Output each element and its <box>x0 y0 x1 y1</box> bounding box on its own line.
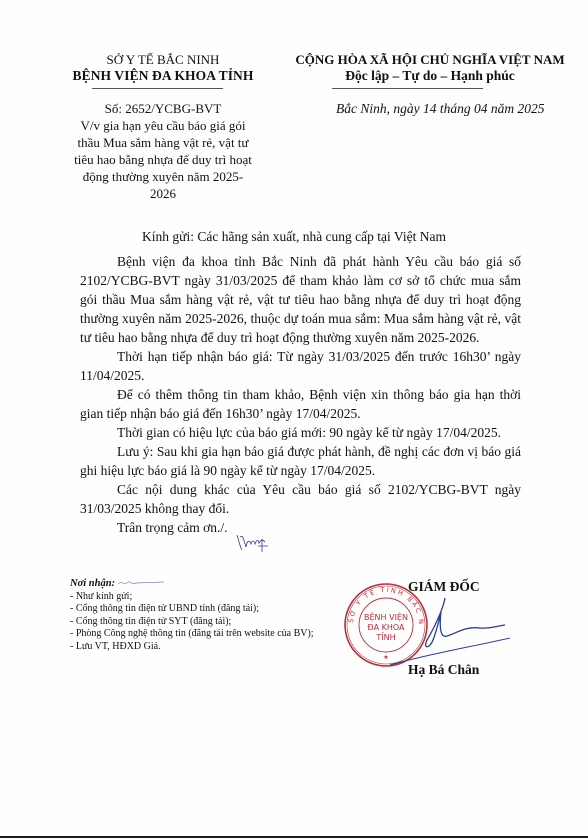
body-paragraph: Thời hạn tiếp nhận báo giá: Từ ngày 31/0… <box>80 347 521 385</box>
recipient-item: - Như kính gửi; <box>70 591 314 604</box>
header-left-underline <box>92 88 223 89</box>
recipient-item: - Cổng thông tin điện tử UBND tỉnh (đăng… <box>70 603 314 616</box>
document-subject: V/v gia hạn yêu cầu báo giá gói thầu Mua… <box>60 117 266 202</box>
closing-line: Trân trọng cảm ơn./. <box>80 518 521 537</box>
recipient-item: - Cổng thông tin điện tử SYT (đăng tải); <box>70 616 314 629</box>
subject-line: tiêu hao bằng nhựa để duy trì hoạt <box>60 151 266 168</box>
subject-line: thầu Mua sắm hàng vật rẻ, vật tư <box>60 134 266 151</box>
body-paragraph: Bệnh viện đa khoa tỉnh Bắc Ninh đã phát … <box>80 252 521 347</box>
recipients-block: Nơi nhận: - Như kính gửi; - Cổng thông t… <box>70 578 314 653</box>
initials-mark <box>234 531 272 553</box>
body-paragraph: Các nội dung khác của Yêu cầu báo giá số… <box>80 480 521 518</box>
header-right: CỘNG HÒA XÃ HỘI CHỦ NGHĨA VIỆT NAM Độc l… <box>280 52 580 84</box>
subject-line: 2026 <box>60 185 266 202</box>
addressee: Kính gửi: Các hãng sản xuất, nhà cung cấ… <box>0 228 588 246</box>
signer-name: Hạ Bá Chân <box>408 661 479 678</box>
body-paragraph: Thời gian có hiệu lực của báo giá mới: 9… <box>80 423 521 442</box>
signature <box>385 590 535 670</box>
header-right-underline <box>332 88 483 89</box>
recipients-title: Nơi nhận: <box>70 578 314 591</box>
place-date: Bắc Ninh, ngày 14 tháng 04 năm 2025 <box>336 100 545 117</box>
recipient-item: - Lưu VT, HĐXD Giá. <box>70 641 314 654</box>
country-name: CỘNG HÒA XÃ HỘI CHỦ NGHĨA VIỆT NAM <box>280 52 580 68</box>
national-motto: Độc lập – Tự do – Hạnh phúc <box>280 68 580 84</box>
document-number: Số: 2652/YCBG-BVT <box>60 100 266 117</box>
body-paragraph: Để có thêm thông tin tham khảo, Bệnh việ… <box>80 385 521 423</box>
organization-name: BỆNH VIỆN ĐA KHOA TỈNH <box>60 68 266 84</box>
body-paragraph: Lưu ý: Sau khi gia hạn báo giá được phát… <box>80 442 521 480</box>
subject-line: động thường xuyên năm 2025- <box>60 168 266 185</box>
agency-name: SỞ Y TẾ BẮC NINH <box>60 52 266 68</box>
subject-line: V/v gia hạn yêu cầu báo giá gói <box>60 117 266 134</box>
recipients-initial-mark <box>116 578 166 588</box>
header-left: SỞ Y TẾ BẮC NINH BỆNH VIỆN ĐA KHOA TỈNH <box>60 52 266 84</box>
recipient-item: - Phòng Công nghệ thông tin (đăng tải tr… <box>70 628 314 641</box>
document-body: Bệnh viện đa khoa tỉnh Bắc Ninh đã phát … <box>80 252 521 537</box>
